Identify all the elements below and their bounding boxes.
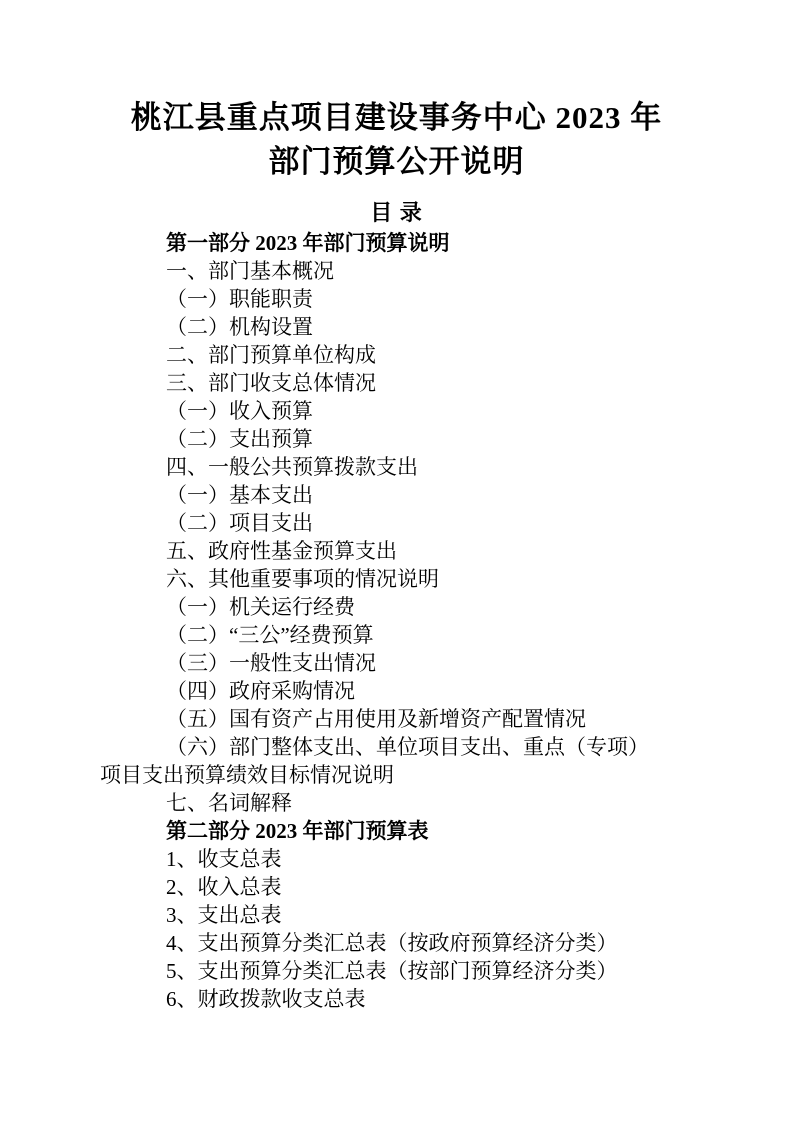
toc-item: 1、收支总表 [100, 845, 697, 873]
toc-heading: 目 录 [0, 199, 793, 227]
toc-section-header: 第一部分 2023 年部门预算说明 [100, 229, 697, 257]
toc-item: （五）国有资产占用使用及新增资产配置情况 [100, 705, 697, 733]
toc-section-header: 第二部分 2023 年部门预算表 [100, 817, 697, 845]
toc-item: 3、支出总表 [100, 901, 697, 929]
toc-item: 6、财政拨款收支总表 [100, 985, 697, 1013]
toc-item: （二）支出预算 [100, 425, 697, 453]
toc-item: 六、其他重要事项的情况说明 [100, 565, 697, 593]
toc-item: （一）职能职责 [100, 285, 697, 313]
toc-item: 七、名词解释 [100, 789, 697, 817]
toc-item: 4、支出预算分类汇总表（按政府预算经济分类） [100, 929, 697, 957]
table-of-contents: 第一部分 2023 年部门预算说明 一、部门基本概况 （一）职能职责 （二）机构… [100, 229, 697, 1013]
toc-item: （六）部门整体支出、单位项目支出、重点（专项） [100, 733, 697, 761]
toc-item: （三）一般性支出情况 [100, 649, 697, 677]
toc-item-continuation: 项目支出预算绩效目标情况说明 [100, 761, 697, 789]
toc-item: 2、收入总表 [100, 873, 697, 901]
toc-item: 三、部门收支总体情况 [100, 369, 697, 397]
toc-item: 五、政府性基金预算支出 [100, 537, 697, 565]
toc-item: （二）“三公”经费预算 [100, 621, 697, 649]
document-title: 桃江县重点项目建设事务中心 2023 年 部门预算公开说明 [0, 0, 793, 184]
toc-item: （一）基本支出 [100, 481, 697, 509]
document-title-line1: 桃江县重点项目建设事务中心 2023 年 [0, 96, 793, 140]
toc-item: （二）机构设置 [100, 313, 697, 341]
toc-item: 一、部门基本概况 [100, 257, 697, 285]
toc-item: 5、支出预算分类汇总表（按部门预算经济分类） [100, 957, 697, 985]
toc-item: （一）收入预算 [100, 397, 697, 425]
document-page: 桃江县重点项目建设事务中心 2023 年 部门预算公开说明 目 录 第一部分 2… [0, 0, 793, 1122]
toc-item: 四、一般公共预算拨款支出 [100, 453, 697, 481]
toc-item: （二）项目支出 [100, 509, 697, 537]
toc-item: （四）政府采购情况 [100, 677, 697, 705]
toc-item: 二、部门预算单位构成 [100, 341, 697, 369]
toc-item: （一）机关运行经费 [100, 593, 697, 621]
document-title-line2: 部门预算公开说明 [0, 140, 793, 184]
